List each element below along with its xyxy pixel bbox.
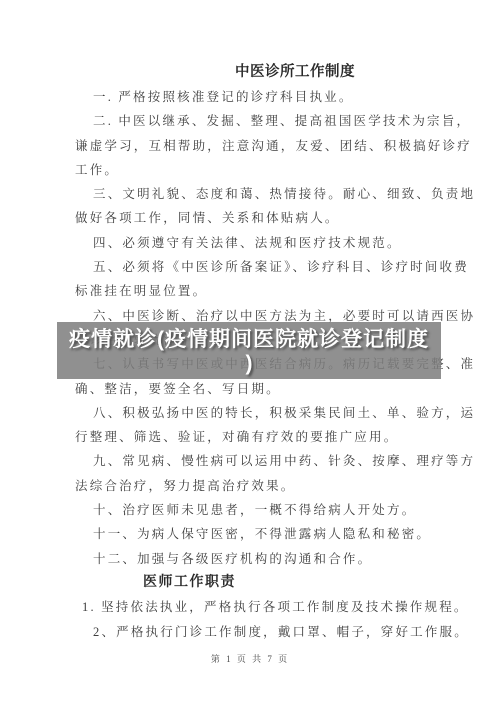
- doc-line: 十一、为病人保守医密，不得泄露病人隐私和秘密。: [75, 522, 435, 546]
- doc-line: 三、文明礼貌、态度和蔼、热情接待。耐心、细致、负责地: [75, 182, 435, 206]
- doc-line: 一. 严格按照核准登记的诊疗科目执业。: [75, 85, 435, 109]
- watermark-banner: 疫情就诊(疫情期间医院就诊登记制度 ): [57, 322, 441, 379]
- doc-line: 法综合治疗，努力提高治疗效果。: [75, 474, 435, 498]
- doc-line: 四、必须遵守有关法律、法规和医疗技术规范。: [75, 231, 435, 255]
- section-heading: 医师工作职责: [75, 571, 435, 595]
- doc-line: 十二、加强与各级医疗机构的沟通和合作。: [75, 547, 435, 571]
- watermark-text-line2: ): [57, 352, 441, 376]
- document-title: 中医诊所工作制度: [75, 59, 435, 85]
- doc-line: 九、常见病、慢性病可以运用中药、针灸、按摩、理疗等方: [75, 449, 435, 473]
- doc-line: 八、积极弘扬中医的特长，积极采集民间土、单、验方，运: [75, 401, 435, 425]
- doc-line: 二. 中医以继承、发掘、整理、提高祖国医学技术为宗旨，: [75, 109, 435, 133]
- doc-line: 五、必须将《中医诊所备案证》、诊疗科目、诊疗时间收费: [75, 255, 435, 279]
- doc-line: 确、整洁，要签全名、写日期。: [75, 377, 435, 401]
- watermark-text-line1: 疫情就诊(疫情期间医院就诊登记制度: [57, 325, 441, 355]
- doc-line: 2、严格执行门诊工作制度，戴口罩、帽子，穿好工作服。: [75, 620, 435, 644]
- doc-line: 行整理、筛选、验证，对确有疗效的要推广应用。: [75, 425, 435, 449]
- page-number-footer: 第 1 页 共 7 页: [0, 652, 500, 665]
- doc-line: 十、治疗医师未见患者，一概不得给病人开处方。: [75, 498, 435, 522]
- doc-line: 做好各项工作，同情、关系和体贴病人。: [75, 206, 435, 230]
- document-page: 中医诊所工作制度 一. 严格按照核准登记的诊疗科目执业。 二. 中医以继承、发掘…: [0, 0, 500, 706]
- doc-line: 谦虚学习，互相帮助，注意沟通，友爱、团结、积极搞好诊疗: [75, 134, 435, 158]
- doc-line: 1. 坚持依法执业，严格执行各项工作制度及技术操作规程。: [75, 595, 435, 619]
- doc-line: 标准挂在明显位置。: [75, 279, 435, 303]
- doc-line: 工作。: [75, 158, 435, 182]
